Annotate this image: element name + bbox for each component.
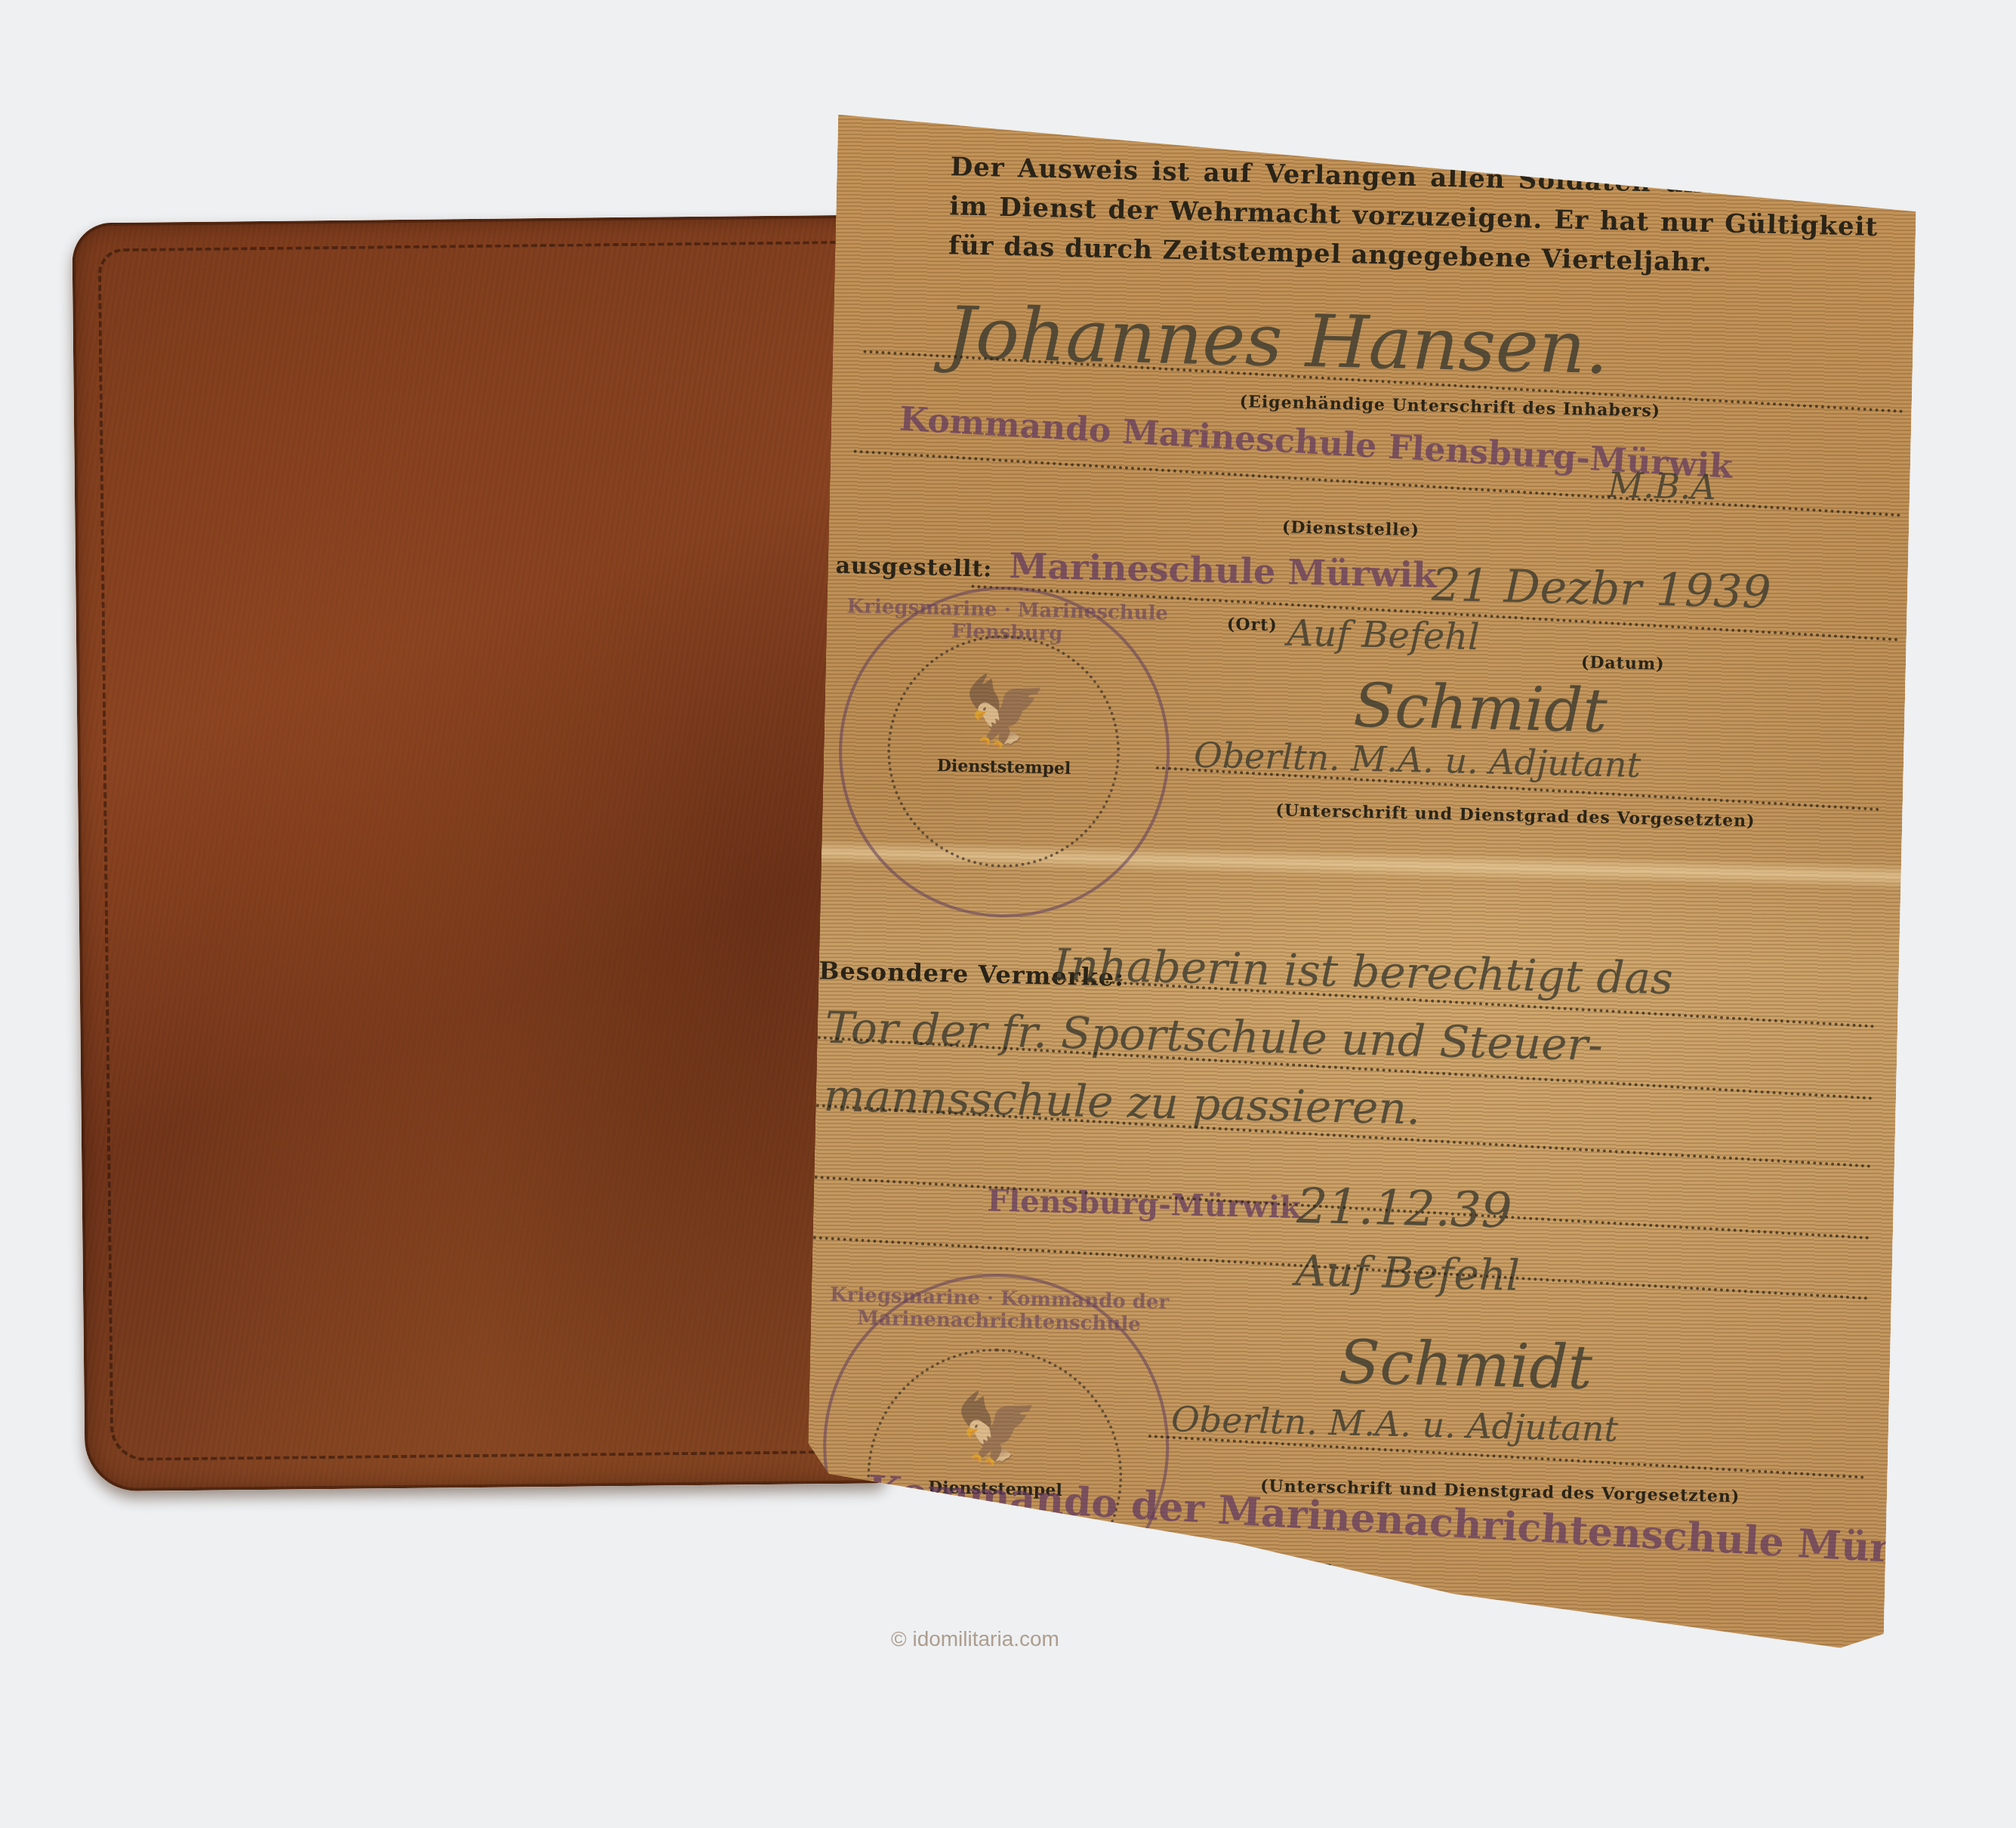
leather-cover: [72, 214, 886, 1491]
official-seal-2: Kriegsmarine · Kommando der Marinenachri…: [819, 1270, 1173, 1623]
id-document: Der Ausweis ist auf Verlangen allen Sold…: [804, 115, 1918, 1649]
watermark: © idomilitaria.com: [891, 1627, 1059, 1651]
eagle-emblem-icon: 🦅: [954, 1389, 1040, 1471]
seal-2-ring-text: Kriegsmarine · Kommando der Marinenachri…: [829, 1284, 1170, 1336]
holder-signature-caption: (Eigenhändige Unterschrift des Inhabers): [1239, 392, 1660, 421]
bottom-date: 5.1.1940.T.: [1031, 1546, 1337, 1617]
intro-paragraph: Der Ausweis ist auf Verlangen allen Sold…: [948, 147, 1879, 286]
remarks-order-note: Auf Befehl: [1295, 1247, 1521, 1301]
unit-caption: (Dienststelle): [1282, 517, 1420, 540]
officer-caption-1: (Unterschrift und Dienstgrad des Vorgese…: [1275, 800, 1756, 831]
issued-date: 21 Dezbr 1939: [1431, 559, 1771, 619]
place-caption: (Ort): [1227, 615, 1278, 636]
officer-signature-1: Schmidt: [1353, 670, 1608, 746]
remarks-line-3: mannsschule zu passieren.: [823, 1070, 1421, 1135]
cover-stitching: [98, 241, 871, 1461]
remarks-line-1: Inhaberin ist berechtigt das: [1053, 939, 1674, 1005]
issued-place-stamp: Marineschule Mürwik: [1009, 545, 1437, 596]
officer-signature-2: Schmidt: [1338, 1327, 1593, 1403]
order-note: Auf Befehl: [1287, 612, 1480, 658]
issued-label: ausgestellt:: [835, 553, 993, 583]
date-caption: (Datum): [1581, 652, 1665, 674]
eagle-emblem-icon: 🦅: [962, 672, 1048, 754]
